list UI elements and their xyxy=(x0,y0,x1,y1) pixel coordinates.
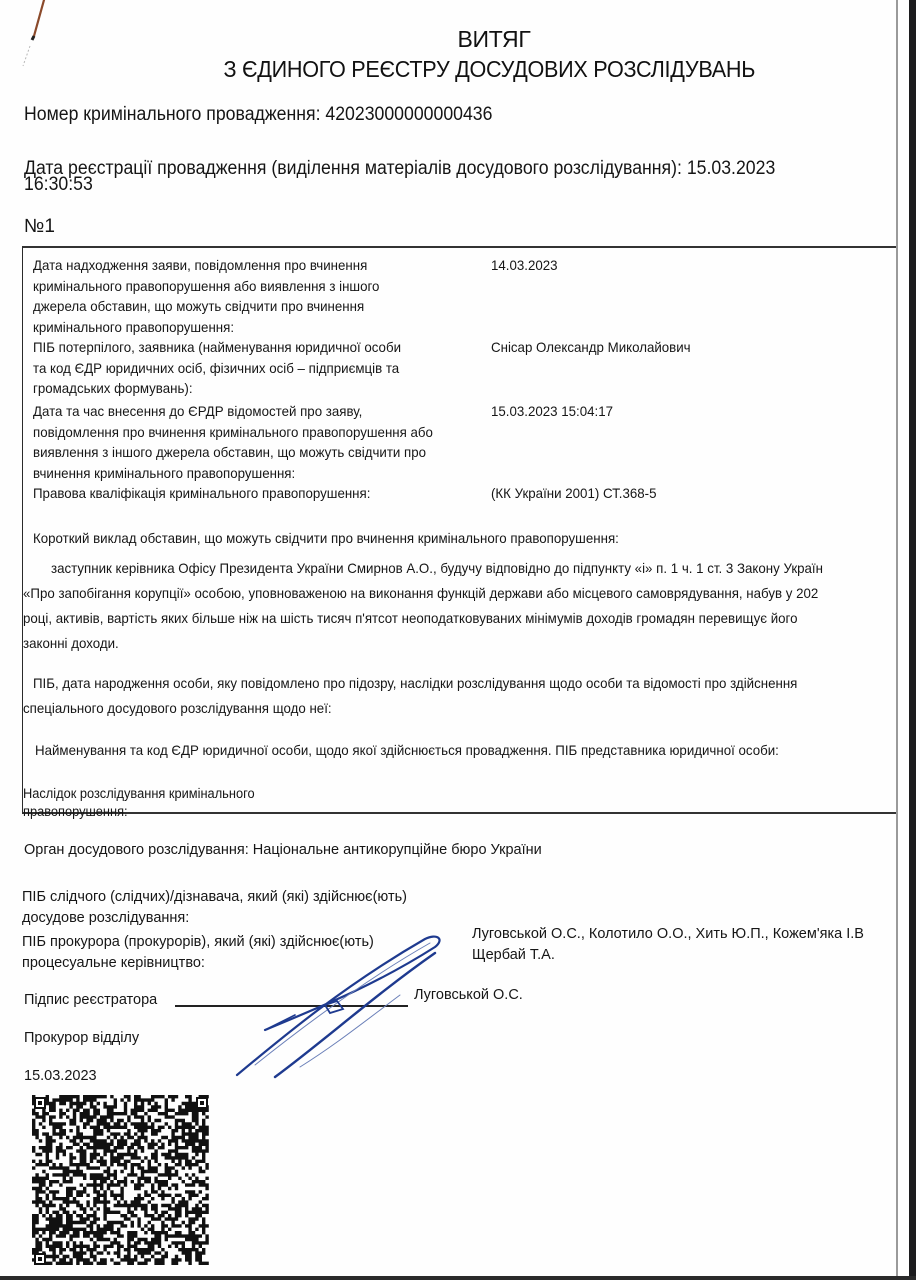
authority-label: Орган досудового розслідування: xyxy=(24,842,249,858)
prosecutor-names: Щербай Т.А. xyxy=(472,945,864,966)
row-value-receipt-date: 14.03.2023 xyxy=(491,255,558,276)
summary-line: законні доходи. xyxy=(23,633,119,654)
prosecutor-values: Луговськой О.С., Колотило О.О., Хить Ю.П… xyxy=(472,924,864,966)
investigator-line: досудове розслідування: xyxy=(22,908,407,929)
label-line: кримінального правопорушення: xyxy=(33,317,379,338)
registrar-label: Підпис реєстратора xyxy=(24,990,157,1011)
suspect-heading-cont: спеціального досудового розслідування що… xyxy=(23,698,332,719)
summary-line: році, активів, вартість яких більше ніж … xyxy=(23,608,798,629)
details-table: Дата надходження заяви, повідомлення про… xyxy=(22,246,896,814)
label-line: та код ЄДР юридичних осіб, фізичних осіб… xyxy=(33,358,401,379)
label-line: ПІБ потерпілого, заявника (найменування … xyxy=(33,337,401,358)
department-label: Прокурор відділу xyxy=(24,1028,139,1049)
page-edge xyxy=(896,0,898,1276)
document-subtitle: З ЄДИНОГО РЕЄСТРУ ДОСУДОВИХ РОЗСЛІДУВАНЬ xyxy=(31,56,892,83)
row-value-victim: Снісар Олександр Миколайович xyxy=(491,337,691,358)
registration-date-line: Дата реєстрації провадження (виділення м… xyxy=(24,158,775,180)
qr-code-icon[interactable] xyxy=(32,1095,210,1267)
registration-date: 15.03.2023 xyxy=(687,158,775,179)
row-label-victim: ПІБ потерпілого, заявника (найменування … xyxy=(33,337,401,399)
suspect-heading: ПІБ, дата народження особи, яку повідомл… xyxy=(33,673,797,694)
result-line: правопорушення: xyxy=(23,803,255,821)
registration-time: 16:30:53 xyxy=(24,174,93,196)
backdrop-edge xyxy=(0,1276,916,1280)
row-label-receipt-date: Дата надходження заяви, повідомлення про… xyxy=(33,255,379,337)
case-number-label: Номер кримінального провадження: xyxy=(24,104,320,125)
label-line: кримінального правопорушення або виявлен… xyxy=(33,276,379,297)
label-line: джерела обставин, що можуть свідчити про… xyxy=(33,296,379,317)
registration-label: Дата реєстрації провадження (виділення м… xyxy=(24,158,682,179)
investigator-label: ПІБ слідчого (слідчих)/дізнавача, який (… xyxy=(22,887,407,929)
label-line: Дата надходження заяви, повідомлення про… xyxy=(33,255,379,276)
document-title: ВИТЯГ xyxy=(0,26,916,53)
record-number: №1 xyxy=(24,216,55,238)
investigator-line: ПІБ слідчого (слідчих)/дізнавача, який (… xyxy=(22,887,407,908)
prosecutor-label: ПІБ прокурора (прокурорів), який (які) з… xyxy=(22,932,374,974)
signature-line xyxy=(175,1005,408,1007)
authority-value: Національне антикорупційне бюро України xyxy=(253,842,542,858)
prosecutor-line: ПІБ прокурора (прокурорів), який (які) з… xyxy=(22,932,374,953)
summary-line: «Про запобігання корупції» особою, уповн… xyxy=(23,583,818,604)
case-number: 42023000000000436 xyxy=(325,104,492,125)
label-line: вчинення кримінального правопорушення: xyxy=(33,463,433,484)
label-line: повідомлення про вчинення кримінального … xyxy=(33,422,433,443)
summary-heading: Короткий виклад обставин, що можуть свід… xyxy=(33,528,619,549)
prosecutor-names: Луговськой О.С., Колотило О.О., Хить Ю.П… xyxy=(472,924,864,945)
row-label-entry-datetime: Дата та час внесення до ЄРДР відомостей … xyxy=(33,401,433,483)
row-value-entry-datetime: 15.03.2023 15:04:17 xyxy=(491,401,613,422)
row-value-legal-qualification: (КК України 2001) СТ.368-5 xyxy=(491,483,656,504)
legal-entity-heading: Найменування та код ЄДР юридичної особи,… xyxy=(35,740,779,761)
row-label-legal-qualification: Правова кваліфікація кримінального право… xyxy=(33,483,370,504)
summary-line: заступник керівника Офісу Президента Укр… xyxy=(51,558,823,579)
label-line: громадських формувань): xyxy=(33,378,401,399)
label-line: виявлення з іншого джерела обставин, що … xyxy=(33,442,433,463)
case-number-line: Номер кримінального провадження: 4202300… xyxy=(24,104,492,126)
result-line: Наслідок розслідування кримінального xyxy=(23,785,255,803)
document-date: 15.03.2023 xyxy=(24,1066,97,1087)
prosecutor-line: процесуальне керівництво: xyxy=(22,953,374,974)
registrar-name: Луговськой О.С. xyxy=(414,985,523,1006)
document-page: ВИТЯГ З ЄДИНОГО РЕЄСТРУ ДОСУДОВИХ РОЗСЛІ… xyxy=(0,0,909,1276)
result-label: Наслідок розслідування кримінального пра… xyxy=(23,785,255,821)
label-line: Дата та час внесення до ЄРДР відомостей … xyxy=(33,401,433,422)
authority-line: Орган досудового розслідування: Націонал… xyxy=(24,840,542,861)
